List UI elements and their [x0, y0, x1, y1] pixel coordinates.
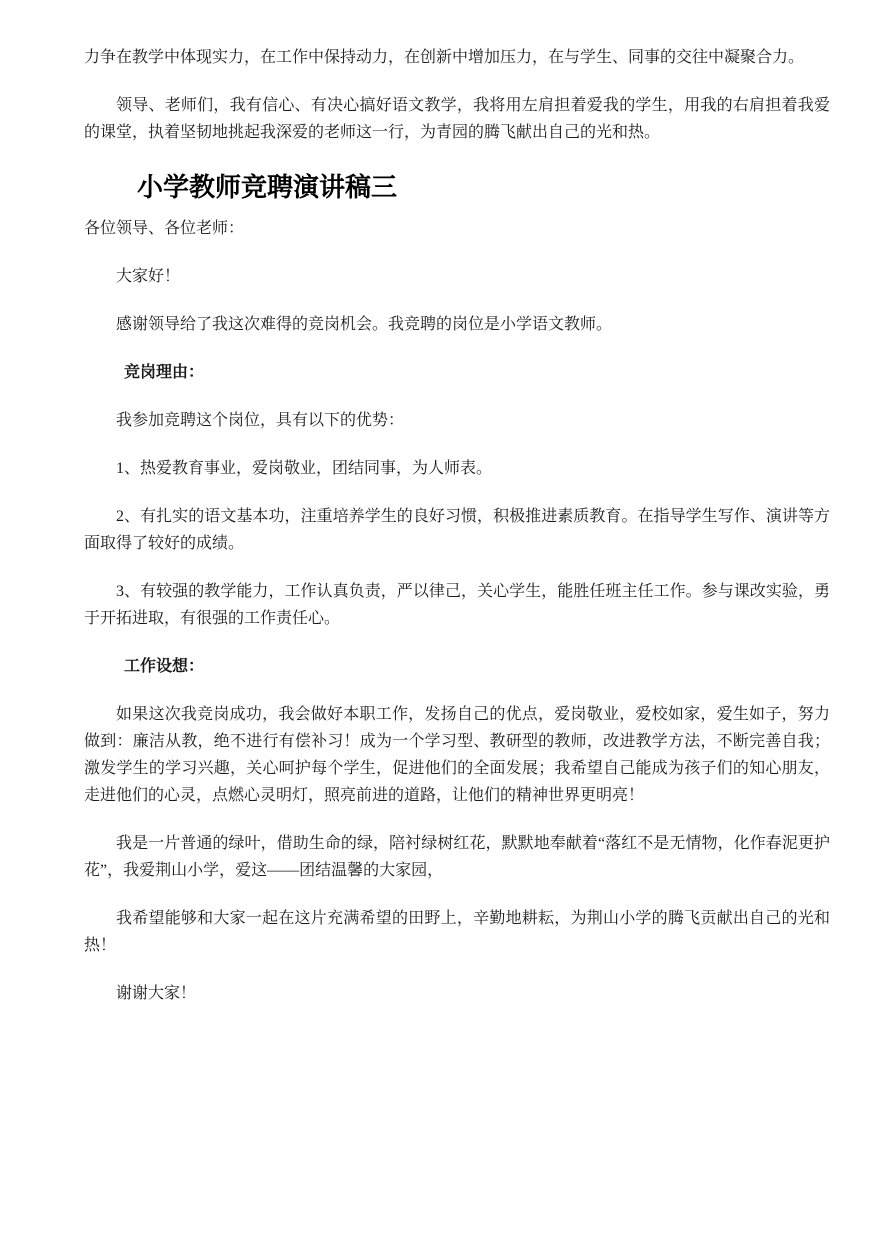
subheading-competition-reasons: 竞岗理由： [84, 359, 830, 386]
green-leaf-paragraph: 我是一片普通的绿叶，借助生命的绿，陪衬绿树红花，默默地奉献着“落红不是无情物，化… [84, 830, 830, 884]
thanks-paragraph: 感谢领导给了我这次难得的竞岗机会。我竞聘的岗位是小学语文教师。 [84, 311, 830, 338]
salutation: 各位领导、各位老师： [84, 215, 830, 242]
document-title: 小学教师竞聘演讲稿三 [84, 170, 830, 206]
subheading-work-plan: 工作设想： [84, 653, 830, 680]
thank-you-paragraph: 谢谢大家！ [84, 980, 830, 1007]
advantage-item-3: 3、有较强的教学能力，工作认真负责，严以律己，关心学生，能胜任班主任工作。参与课… [84, 578, 830, 632]
continuation-paragraph: 力争在教学中体现实力，在工作中保持动力，在创新中增加压力，在与学生、同事的交往中… [84, 44, 830, 71]
hope-paragraph: 我希望能够和大家一起在这片充满希望的田野上，辛勤地耕耘，为荆山小学的腾飞贡献出自… [84, 905, 830, 959]
previous-speech-closing-paragraph: 领导、老师们，我有信心、有决心搞好语文教学，我将用左肩担着爱我的学生，用我的右肩… [84, 92, 830, 146]
advantages-intro-paragraph: 我参加竞聘这个岗位，具有以下的优势： [84, 407, 830, 434]
advantage-item-1: 1、热爱教育事业，爱岗敬业，团结同事，为人师表。 [84, 455, 830, 482]
advantage-item-2: 2、有扎实的语文基本功，注重培养学生的良好习惯，积极推进素质教育。在指导学生写作… [84, 503, 830, 557]
document-page: 力争在教学中体现实力，在工作中保持动力，在创新中增加压力，在与学生、同事的交往中… [0, 0, 884, 1250]
greeting-paragraph: 大家好！ [84, 263, 830, 290]
work-plan-paragraph: 如果这次我竞岗成功，我会做好本职工作，发扬自己的优点，爱岗敬业，爱校如家，爱生如… [84, 701, 830, 809]
